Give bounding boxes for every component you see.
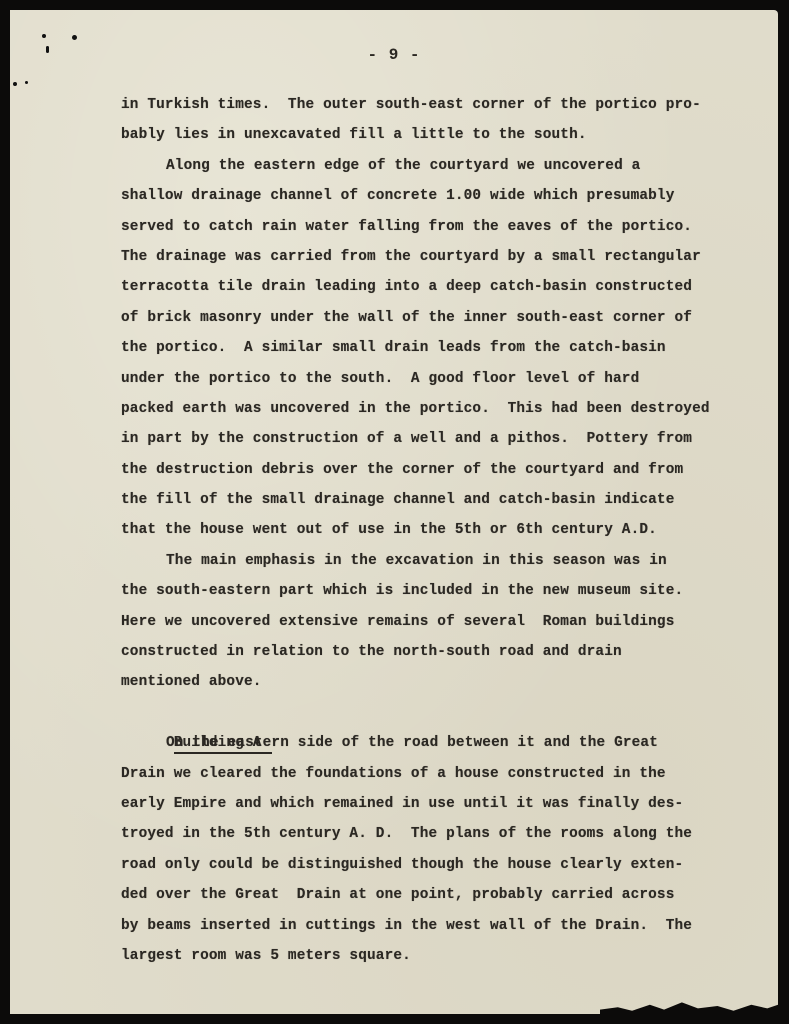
text-line: in part by the construction of a well an… <box>121 424 761 454</box>
text-line: terracotta tile drain leading into a dee… <box>121 272 761 302</box>
text-line: largest room was 5 meters square. <box>121 941 761 971</box>
text-line: mentioned above. <box>121 667 761 697</box>
text-line: shallow drainage channel of concrete 1.0… <box>121 181 761 211</box>
text-line: under the portico to the south. A good f… <box>121 364 761 394</box>
paragraph-start: Along the eastern edge of the courtyard … <box>121 151 761 181</box>
text-line: of brick masonry under the wall of the i… <box>121 303 761 333</box>
ink-speck <box>72 35 77 40</box>
text-line: served to catch rain water falling from … <box>121 212 761 242</box>
text-line: troyed in the 5th century A. D. The plan… <box>121 819 761 849</box>
text-line: the fill of the small drainage channel a… <box>121 485 761 515</box>
text-line: Drain we cleared the foundations of a ho… <box>121 759 761 789</box>
page-number: - 9 - <box>10 46 778 64</box>
ink-speck <box>13 82 17 86</box>
text-line: constructed in relation to the north-sou… <box>121 637 761 667</box>
text-line: bably lies in unexcavated fill a little … <box>121 120 761 150</box>
text-line: Here we uncovered extensive remains of s… <box>121 607 761 637</box>
body-text: in Turkish times. The outer south-east c… <box>121 90 761 971</box>
section-heading: Building A <box>121 698 761 728</box>
text-line: early Empire and which remained in use u… <box>121 789 761 819</box>
paragraph-start: The main emphasis in the excavation in t… <box>121 546 761 576</box>
text-line: by beams inserted in cuttings in the wes… <box>121 911 761 941</box>
text-line: the south-eastern part which is included… <box>121 576 761 606</box>
text-line: The drainage was carried from the courty… <box>121 242 761 272</box>
text-line: road only could be distinguished though … <box>121 850 761 880</box>
paragraph-start: On the eastern side of the road between … <box>121 728 761 758</box>
typewritten-page: - 9 - in Turkish times. The outer south-… <box>10 10 778 1014</box>
text-line: the portico. A similar small drain leads… <box>121 333 761 363</box>
text-line: ded over the Great Drain at one point, p… <box>121 880 761 910</box>
text-line: packed earth was uncovered in the portic… <box>121 394 761 424</box>
text-line: in Turkish times. The outer south-east c… <box>121 90 761 120</box>
text-line: the destruction debris over the corner o… <box>121 455 761 485</box>
text-line: that the house went out of use in the 5t… <box>121 515 761 545</box>
ink-speck <box>42 34 46 38</box>
ink-speck <box>25 81 28 84</box>
